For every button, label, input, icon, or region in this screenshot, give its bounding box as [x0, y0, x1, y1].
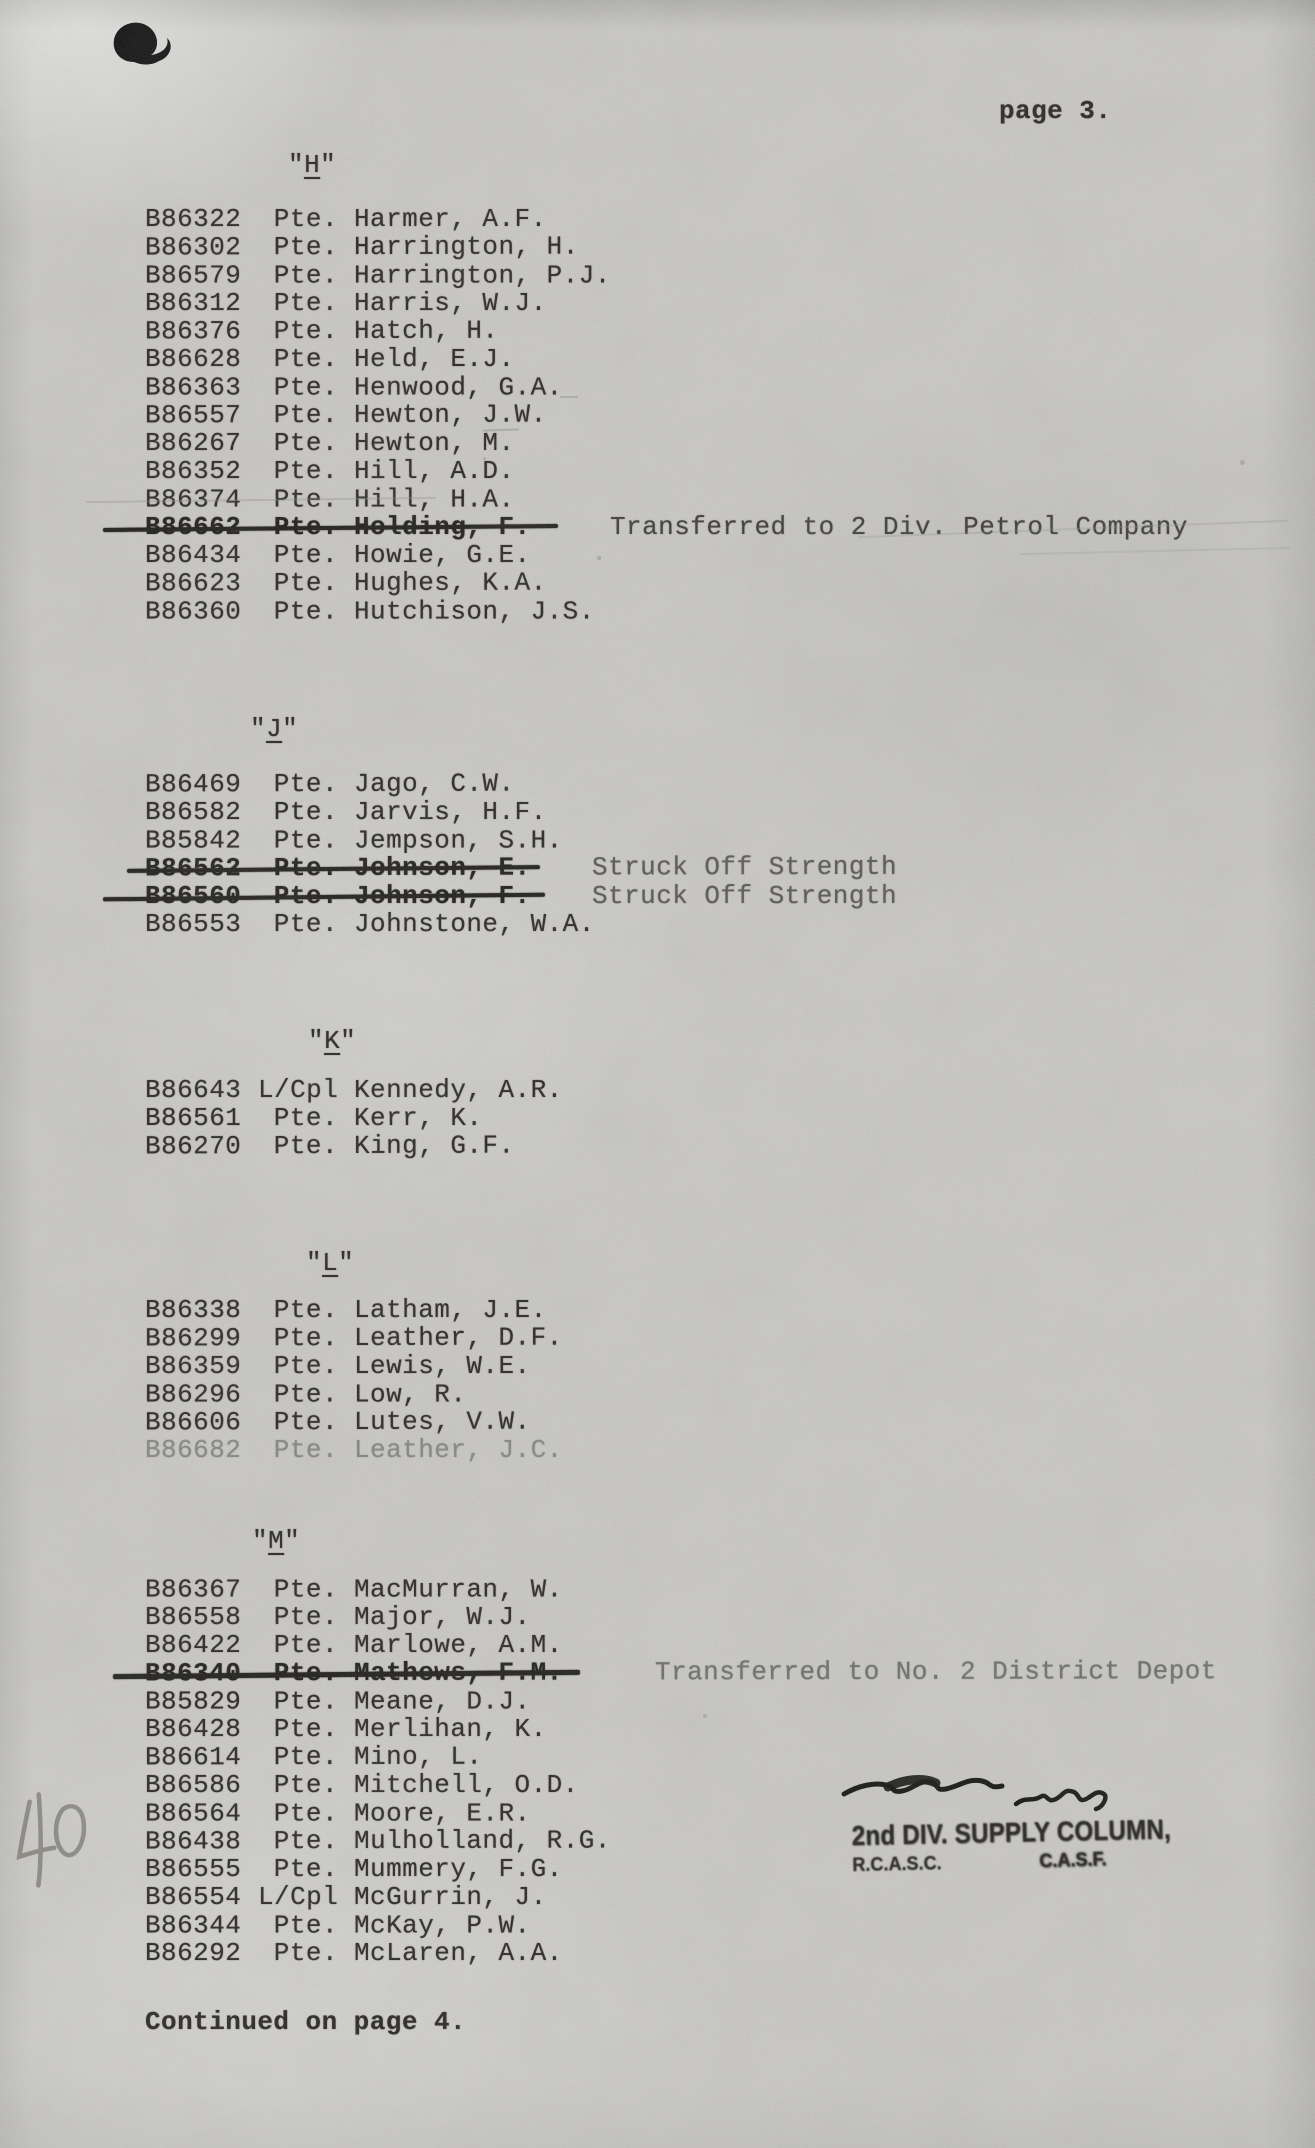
- quote-mark: ": [306, 1248, 322, 1278]
- quote-mark: ": [252, 1526, 268, 1556]
- roster-row: B86267Pte.Hewton, M.: [145, 429, 515, 457]
- section-header-m: "M": [252, 1526, 300, 1556]
- rank: Pte.: [258, 770, 338, 798]
- service-number: B86299: [145, 1324, 258, 1352]
- service-number: B86553: [145, 910, 258, 938]
- scanned-document-page: page 3. "H"B86322Pte.Harmer, A.F.B86302P…: [0, 0, 1315, 2148]
- service-number: B86359: [145, 1352, 258, 1380]
- annotation: Transferred to No. 2 District Depot: [655, 1657, 1217, 1686]
- rank: Pte.: [258, 1132, 338, 1160]
- rank: Pte.: [258, 1939, 338, 1967]
- service-number: B86296: [145, 1381, 258, 1409]
- soldier-name: Low, R.: [354, 1380, 466, 1410]
- soldier-name: Mummery, F.G.: [354, 1854, 563, 1884]
- quote-mark: ": [338, 1248, 354, 1278]
- service-number: B85829: [145, 1688, 258, 1716]
- soldier-name: McLaren, A.A.: [354, 1938, 563, 1968]
- roster-row: B86428Pte.Merlihan, K.: [145, 1715, 547, 1743]
- rank: L/Cpl: [258, 1883, 338, 1911]
- annotation: Struck Off Strength: [592, 853, 897, 882]
- rank: Pte.: [258, 569, 338, 597]
- annotation: Struck Off Strength: [592, 882, 897, 910]
- soldier-name: Held, E.J.: [354, 344, 515, 374]
- roster-row: B86363Pte.Henwood, G.A.: [145, 374, 563, 402]
- annotation: Transferred to 2 Div. Petrol Company: [610, 513, 1188, 541]
- rank: Pte.: [258, 1324, 338, 1352]
- section-letter: K: [324, 1026, 340, 1056]
- soldier-name: Jago, C.W.: [354, 769, 515, 799]
- roster-row: B86360Pte.Hutchison, J.S.: [145, 598, 595, 626]
- soldier-name: Harmer, A.F.: [354, 204, 547, 234]
- roster-row: B86682Pte.Leather, J.C.: [145, 1436, 563, 1464]
- service-number: B86682: [145, 1436, 258, 1464]
- roster-row: B86582Pte.Jarvis, H.F.: [145, 798, 547, 826]
- rank: Pte.: [258, 1576, 338, 1604]
- service-number: B86555: [145, 1855, 258, 1883]
- section-header-k: "K": [308, 1026, 356, 1056]
- soldier-name: Lutes, V.W.: [354, 1407, 531, 1437]
- roster-row: B86579Pte.Harrington, P.J.: [145, 262, 611, 290]
- roster-row: B86438Pte.Mulholland, R.G.: [145, 1827, 611, 1856]
- service-number: B86344: [145, 1912, 258, 1940]
- soldier-name: Moore, E.R.: [354, 1799, 531, 1829]
- soldier-name: Johnstone, W.A.: [354, 909, 595, 939]
- rank: Pte.: [258, 401, 338, 429]
- service-number: B86579: [145, 262, 258, 290]
- service-number: B86438: [145, 1827, 258, 1855]
- service-number: B86606: [145, 1408, 258, 1436]
- rank: Pte.: [258, 1631, 338, 1659]
- service-number: B86367: [145, 1576, 258, 1604]
- soldier-name: Hutchison, J.S.: [354, 597, 595, 627]
- rank: Pte.: [258, 1104, 338, 1132]
- soldier-name: Hewton, J.W.: [354, 400, 547, 430]
- roster-row: B86469Pte.Jago, C.W.: [145, 770, 515, 799]
- rank: Pte.: [258, 1603, 338, 1631]
- rank: Pte.: [258, 233, 338, 261]
- roster-row: B86376Pte.Hatch, H.: [145, 317, 499, 346]
- soldier-name: Mulholland, R.G.: [354, 1826, 611, 1857]
- rank: Pte.: [258, 205, 338, 233]
- soldier-name: Harrington, P.J.: [354, 261, 611, 291]
- service-number: B86312: [145, 289, 258, 317]
- rank: Pte.: [258, 486, 338, 514]
- soldier-name: Hatch, H.: [354, 316, 499, 346]
- scan-artifact: [560, 396, 578, 398]
- quote-mark: ": [282, 714, 298, 744]
- soldier-name: Meane, D.J.: [354, 1687, 531, 1717]
- service-number: B86376: [145, 317, 258, 345]
- roster-row: B86292Pte.McLaren, A.A.: [145, 1939, 563, 1967]
- soldier-name: Mino, L.: [354, 1742, 482, 1772]
- stamp-rcasc: R.C.A.S.C.: [852, 1853, 942, 1877]
- soldier-name: Mitchell, O.D.: [354, 1770, 579, 1800]
- section-header-j: "J": [250, 714, 298, 744]
- service-number: B85842: [145, 827, 258, 855]
- rank: Pte.: [258, 1715, 338, 1743]
- roster-row: B86561Pte.Kerr, K.: [145, 1104, 482, 1132]
- rank: Pte.: [258, 1408, 338, 1436]
- roster-row: B86270Pte.King, G.F.: [145, 1132, 515, 1161]
- service-number: B86270: [145, 1132, 258, 1160]
- service-number: B86352: [145, 457, 258, 485]
- service-number: B86643: [145, 1076, 258, 1104]
- roster-row: B86352Pte.Hill, A.D.: [145, 457, 515, 485]
- scan-artifact: [597, 556, 601, 560]
- rank: Pte.: [258, 1296, 338, 1324]
- roster-row: B86322Pte.Harmer, A.F.: [145, 205, 547, 233]
- stamp-unit-line: 2nd DIV. SUPPLY COLUMN,: [851, 1815, 1116, 1853]
- unit-stamp: 2nd DIV. SUPPLY COLUMN, R.C.A.S.C. C.A.S…: [851, 1814, 1152, 1877]
- margin-note-handwriting: [4, 1776, 114, 1901]
- soldier-name: Hughes, K.A.: [354, 568, 547, 598]
- soldier-name: Hill, A.D.: [354, 456, 515, 486]
- rank: Pte.: [258, 1855, 338, 1883]
- roster-row: B86562Pte.Johnson, E.Struck Off Strength: [145, 854, 531, 883]
- roster-row: B86312Pte.Harris, W.J.: [145, 289, 547, 317]
- roster-row: B86367Pte.MacMurran, W.: [145, 1576, 563, 1604]
- stamp-casf: C.A.S.F.: [1039, 1849, 1107, 1873]
- service-number: B86338: [145, 1296, 258, 1324]
- roster-row: B86434Pte.Howie, G.E.: [145, 541, 531, 569]
- service-number: B86554: [145, 1883, 258, 1911]
- soldier-name: Henwood, G.A.: [354, 373, 563, 403]
- rank: Pte.: [258, 541, 338, 569]
- service-number: B86586: [145, 1771, 258, 1799]
- service-number: B86623: [145, 569, 258, 597]
- document-content: page 3. "H"B86322Pte.Harmer, A.F.B86302P…: [0, 0, 1315, 2148]
- roster-row: B86340Pte.Mathews, F.M.Transferred to No…: [145, 1659, 563, 1688]
- roster-row: B86628Pte.Held, E.J.: [145, 345, 515, 373]
- roster-row: B86359Pte.Lewis, W.E.: [145, 1352, 531, 1380]
- service-number: B86363: [145, 374, 258, 402]
- roster-row: B86623Pte.Hughes, K.A.: [145, 569, 547, 598]
- soldier-name: Jarvis, H.F.: [354, 797, 547, 827]
- roster-row: B86302Pte.Harrington, H.: [145, 233, 579, 262]
- section-header-l: "L": [306, 1248, 354, 1278]
- soldier-name: Harrington, H.: [354, 232, 579, 262]
- section-letter: M: [268, 1526, 284, 1556]
- service-number: B86434: [145, 541, 258, 569]
- roster-row: B86614Pte.Mino, L.: [145, 1743, 482, 1772]
- rank: Pte.: [258, 1771, 338, 1799]
- service-number: B86469: [145, 770, 258, 798]
- scan-artifact: [1020, 547, 1290, 555]
- service-number: B86360: [145, 598, 258, 626]
- rank: Pte.: [258, 289, 338, 317]
- rank: Pte.: [258, 1912, 338, 1940]
- rank: Pte.: [258, 910, 338, 938]
- soldier-name: Jempson, S.H.: [354, 826, 563, 856]
- rank: Pte.: [258, 429, 338, 457]
- stamp-corps-line: R.C.A.S.C. C.A.S.F.: [852, 1850, 1110, 1877]
- rank: Pte.: [258, 798, 338, 826]
- section-letter: L: [322, 1248, 338, 1278]
- quote-mark: ": [308, 1026, 324, 1056]
- service-number: B86564: [145, 1800, 258, 1828]
- roster-row: B86606Pte.Lutes, V.W.: [145, 1408, 531, 1437]
- roster-row: B86586Pte.Mitchell, O.D.: [145, 1771, 579, 1799]
- service-number: B86292: [145, 1939, 258, 1967]
- rank: Pte.: [258, 317, 338, 345]
- soldier-name: King, G.F.: [354, 1131, 515, 1161]
- service-number: B86302: [145, 233, 258, 261]
- rank: Pte.: [258, 374, 338, 402]
- quote-mark: ": [284, 1526, 300, 1556]
- soldier-name: Merlihan, K.: [354, 1714, 547, 1744]
- soldier-name: McKay, P.W.: [354, 1911, 531, 1941]
- ink-blot: [103, 10, 195, 72]
- roster-row: B86643L/CplKennedy, A.R.: [145, 1076, 563, 1104]
- roster-row: B86553Pte.Johnstone, W.A.: [145, 910, 595, 938]
- roster-row: B85842Pte.Jempson, S.H.: [145, 827, 563, 855]
- section-header-h: "H": [288, 150, 336, 180]
- scan-artifact: [703, 1714, 707, 1718]
- scan-artifact: [1240, 460, 1245, 465]
- soldier-name: Major, W.J.: [354, 1602, 531, 1632]
- page-number: page 3.: [999, 97, 1111, 125]
- roster-row: B85829Pte.Meane, D.J.: [145, 1688, 531, 1716]
- soldier-name: Hewton, M.: [354, 428, 515, 458]
- roster-row: B86422Pte.Marlowe, A.M.: [145, 1631, 563, 1659]
- service-number: B86582: [145, 798, 258, 826]
- service-number: B86267: [145, 429, 258, 457]
- rank: Pte.: [258, 1381, 338, 1409]
- rank: L/Cpl: [258, 1076, 338, 1104]
- service-number: B86422: [145, 1631, 258, 1659]
- service-number: B86561: [145, 1104, 258, 1132]
- soldier-name: Leather, J.C.: [354, 1435, 563, 1465]
- roster-row: B86560Pte.Johnson, F.Struck Off Strength: [145, 882, 531, 910]
- rank: Pte.: [258, 1436, 338, 1464]
- rank: Pte.: [258, 1743, 338, 1771]
- roster-row: B86557Pte.Hewton, J.W.: [145, 401, 547, 430]
- rank: Pte.: [258, 1352, 338, 1380]
- quote-mark: ": [320, 150, 336, 180]
- service-number: B86374: [145, 486, 258, 514]
- roster-row: B86554L/CplMcGurrin, J.: [145, 1883, 547, 1911]
- soldier-name: Hill, H.A.: [354, 485, 515, 515]
- roster-row: B86558Pte.Major, W.J.: [145, 1603, 531, 1631]
- continued-note: Continued on page 4.: [145, 2008, 466, 2036]
- soldier-name: Leather, D.F.: [354, 1323, 563, 1353]
- roster-row: B86344Pte.McKay, P.W.: [145, 1912, 531, 1940]
- soldier-name: Harris, W.J.: [354, 288, 547, 318]
- roster-row: B86555Pte.Mummery, F.G.: [145, 1855, 563, 1883]
- service-number: B86558: [145, 1603, 258, 1631]
- section-letter: H: [304, 150, 320, 180]
- soldier-name: Latham, J.E.: [354, 1295, 547, 1325]
- rank: Pte.: [258, 1800, 338, 1828]
- section-letter: J: [266, 714, 282, 744]
- rank: Pte.: [258, 1827, 338, 1855]
- soldier-name: Howie, G.E.: [354, 540, 531, 570]
- roster-row: B86564Pte.Moore, E.R.: [145, 1800, 531, 1828]
- quote-mark: ": [250, 714, 266, 744]
- service-number: B86628: [145, 345, 258, 373]
- roster-row: B86662Pte.Holding, F.Transferred to 2 Di…: [145, 513, 531, 541]
- quote-mark: ": [340, 1026, 356, 1056]
- soldier-name: MacMurran, W.: [354, 1575, 563, 1605]
- roster-row: B86338Pte.Latham, J.E.: [145, 1296, 547, 1324]
- rank: Pte.: [258, 457, 338, 485]
- roster-row: B86299Pte.Leather, D.F.: [145, 1324, 563, 1353]
- rank: Pte.: [258, 1688, 338, 1716]
- quote-mark: ": [288, 150, 304, 180]
- service-number: B86614: [145, 1743, 258, 1771]
- service-number: B86428: [145, 1715, 258, 1743]
- soldier-name: Kennedy, A.R.: [354, 1075, 563, 1105]
- service-number: B86322: [145, 205, 258, 233]
- soldier-name: McGurrin, J.: [354, 1882, 547, 1912]
- rank: Pte.: [258, 827, 338, 855]
- soldier-name: Lewis, W.E.: [354, 1351, 531, 1381]
- rank: Pte.: [258, 598, 338, 626]
- roster-row: B86296Pte.Low, R.: [145, 1381, 466, 1409]
- rank: Pte.: [258, 345, 338, 373]
- rank: Pte.: [258, 262, 338, 290]
- roster-row: B86374Pte.Hill, H.A.: [145, 486, 515, 514]
- soldier-name: Kerr, K.: [354, 1103, 482, 1133]
- soldier-name: Marlowe, A.M.: [354, 1630, 563, 1660]
- service-number: B86557: [145, 401, 258, 429]
